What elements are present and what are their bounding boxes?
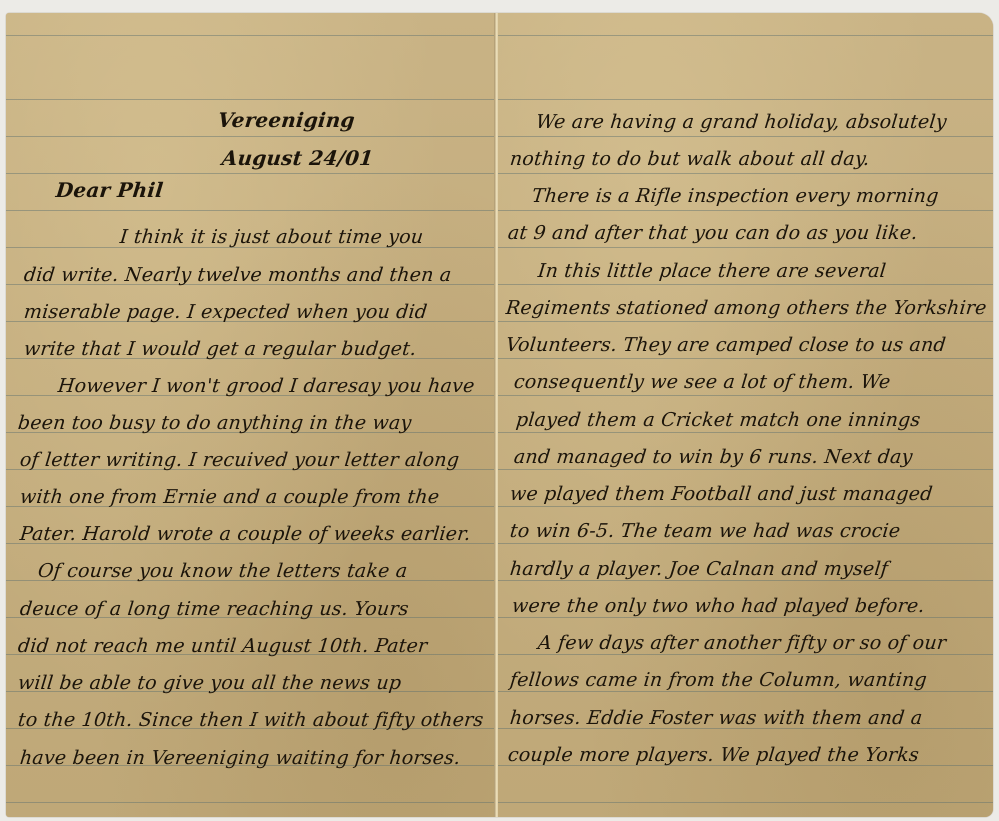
letter-line: did not reach me until August 10th. Pate… xyxy=(17,635,429,657)
letter-line: were the only two who had played before. xyxy=(511,595,926,617)
letter-line: have been in Vereeniging waiting for hor… xyxy=(19,747,462,769)
letter-line: will be able to give you all the news up xyxy=(17,672,403,694)
letter-line: and managed to win by 6 runs. Next day xyxy=(513,446,914,468)
letter-line: There is a Rifle inspection every mornin… xyxy=(531,185,940,207)
letter-line: of letter writing. I recuived your lette… xyxy=(19,449,461,471)
letter-line: I think it is just about time you xyxy=(119,226,425,248)
letter-line: couple more players. We played the Yorks xyxy=(507,744,920,766)
right-page: We are having a grand holiday, absolutel… xyxy=(498,13,993,817)
letter-line: with one from Ernie and a couple from th… xyxy=(19,486,441,508)
letter-line: miserable page. I expected when you did xyxy=(23,301,429,323)
letter-line: horses. Eddie Foster was with them and a xyxy=(509,707,924,729)
letter-sheet: Vereeniging August 24/01 Dear Phil I thi… xyxy=(6,13,993,817)
letter-line: Pater. Harold wrote a couple of weeks ea… xyxy=(19,523,472,545)
letter-line: hardly a player. Joe Calnan and myself xyxy=(509,558,889,580)
letter-line: nothing to do but walk about all day. xyxy=(509,148,871,170)
letter-line: Volunteers. They are camped close to us … xyxy=(505,334,947,356)
letter-line: write that I would get a regular budget. xyxy=(23,338,418,360)
letter-line: we played them Football and just managed xyxy=(509,483,934,505)
letter-line: Regiments stationed among others the Yor… xyxy=(505,297,988,319)
letter-line: A few days after another fifty or so of … xyxy=(537,632,947,654)
letter-salutation: Dear Phil xyxy=(55,178,165,202)
letter-line: fellows came in from the Column, wanting xyxy=(509,669,928,691)
letter-line: to win 6-5. The team we had was crocie xyxy=(509,520,902,542)
letter-line: did write. Nearly twelve months and then… xyxy=(23,264,453,286)
letter-line: consequently we see a lot of them. We xyxy=(513,371,892,393)
letter-line: deuce of a long time reaching us. Yours xyxy=(19,598,410,620)
letter-line: We are having a grand holiday, absolutel… xyxy=(535,111,948,133)
letter-line: In this little place there are several xyxy=(537,260,887,282)
letter-line: at 9 and after that you can do as you li… xyxy=(507,222,919,244)
letter-place: Vereeniging xyxy=(217,108,356,132)
letter-date: August 24/01 xyxy=(221,146,375,170)
left-page: Vereeniging August 24/01 Dear Phil I thi… xyxy=(6,13,496,817)
letter-line: However I won't grood I daresay you have xyxy=(57,375,476,397)
letter-line: been too busy to do anything in the way xyxy=(17,412,413,434)
letter-line: played them a Cricket match one innings xyxy=(515,409,922,431)
letter-line: to the 10th. Since then I with about fif… xyxy=(17,709,485,731)
letter-line: Of course you know the letters take a xyxy=(37,560,409,582)
